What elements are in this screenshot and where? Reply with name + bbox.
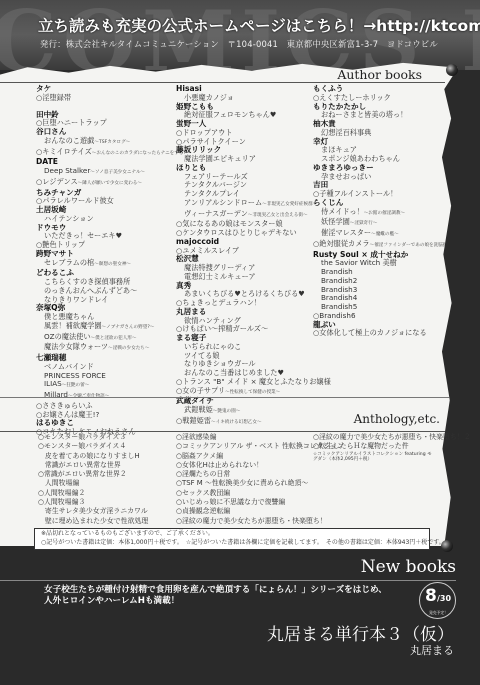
anthology-item: ○転生したらＨな魔物だった件 [313,442,471,451]
anthology-item: ○セックス教団編 [176,489,344,498]
book-title-text: 欲情ハンティング [184,316,241,325]
book-title-text: 催淫マレスター [321,228,371,237]
anthology-item: ○貞操観念逆転編 [176,507,344,516]
book-title-text: 僕と悪魔ちゃん [44,312,94,321]
new-book-author: 丸居まる [410,642,454,658]
anthology-item: ○淫紋の魔力で美少女たちが悪堕ち・快楽堕ち！２ [313,433,471,442]
book-title: ○女体化して極上のカノジョになる [313,329,457,338]
book-title-text: the Savior Witch 美樹 [321,258,397,267]
book-subtitle: 〜艶鬼の園〜 [213,409,241,414]
book-title-text: のっきんおんへぶんずどあ〜 [44,286,137,295]
anthology-rule [0,431,446,432]
book-title-text: いただきっ！セーエキ♥ [44,231,122,240]
book-title-text: ILIAS [44,379,62,388]
book-title-text: ○絶対服従カメラ [313,239,370,248]
book-title-text: 魔法学園エピキュリア [184,154,256,163]
book-title-text: テンタクルバージン [184,180,247,189]
book-subtitle: 〜ソノ息子美少女ニナル〜 [90,170,145,175]
book-title-text: ○女の子サプリ [176,386,225,395]
anthology-item: 常識がエロい異常な世界 [38,461,148,470]
book-title: ○キミイロテイズ〜おんなのこのカラダになったらナニをする?〜 [36,148,190,159]
anthology-column-1: ○モンスター娘パラダイス３○モンスター娘パラダイス４ 皮を着てあの娘になりすまし… [38,433,148,526]
book-subtitle: 〜瞑想の聖女神〜 [94,262,131,267]
release-month: 8 [425,586,437,606]
book-title-text: ベノムバインド [44,362,94,371]
anthology-heading: Anthology,etc. [354,412,440,426]
book-title-text: PRINCESS FORCE [44,371,106,380]
book-title-text: 魔法少女隊ウォーツ [44,342,108,351]
book-title-text: セレブラムの棺 [44,258,94,267]
book-title-text: 妖怪学園 [321,217,350,226]
book-title-text: おんなのこ当番はじめました♥ [184,368,284,377]
anthology-item: 人間牧場編 [38,479,148,488]
book-title-text: ツイてる娘 [184,351,220,360]
book-title-text: ○気になるあの娘はモンスター娘 [176,219,283,228]
release-label: 発売予定！ [425,610,452,616]
anthology-item: ○モンスター娘パラダイス４ [38,442,148,451]
book-title-text: ○艶色トリップ [36,240,85,249]
anthology-column-3: ○淫紋の魔力で美少女たちが悪堕ち・快楽堕ち！２○転生したらＨな魔物だった件☆コミ… [313,433,471,462]
book-title-text: Brandish4 [321,293,357,302]
price-notice: ※品切れとなっているものもございますので、ご了承ください。 ○記号がついた書籍は… [34,528,430,550]
book-title: ○絶対服従カメラ〜催淫ファインダーであの娘を洗脳撮影〜 [313,240,457,251]
book-title-text: スポンジ娘あわわちゃん [321,154,400,163]
book-subtitle: 〜狂艶の蕾〜 [62,383,90,388]
book-subtitle: 〜淫獄奇行〜 [350,221,378,226]
author-books-rule [0,82,445,83]
book-title-text: おねーさまと皆美の塔っ！ [321,110,407,119]
anthology-item: ○TSF M 〜性転換美少女に責められ絶頂〜 [176,479,344,488]
book-title-text: ハイテンション [44,214,94,223]
book-title-text: まほキュア [321,145,357,154]
book-title-text: こちらくすのき探偵事務所 [44,277,130,286]
release-day: /30 [437,594,451,603]
book-title: 孕ませおっぱい [313,173,457,182]
book-subtitle: 〜淫戦の少女たち〜 [108,346,149,351]
book-title-text: 小悪魔カノジョ [184,93,234,102]
anthology-item: 寄生サレタ美少女ガ淫ラニカワル [38,507,148,516]
release-date-badge: 8 /30 発売予定！ [419,582,456,619]
notice-price: ○記号がついた書籍は定価：本体1,000円＋税です。 ☆記号がついた書籍は各欄に… [41,539,423,548]
book-title-text: ○パラレルワールド彼女 [36,196,114,205]
book-title: 電想幻士ミルキューア [176,273,331,282]
book-title-text: アンリアルシンドローム [184,198,262,207]
anthology-item: ○人間牧場編３ [38,498,148,507]
book-title-text: Brandish5 [321,302,357,311]
book-title-text: 幻想淫百科事典 [321,128,371,137]
book-subtitle: 〜お館の催淫調教〜 [364,211,405,216]
book-title-text: ○レジデンス [36,177,78,186]
book-subtitle: 〜非現実乙女愛好症候群〜 [262,202,317,207]
book-title-text: ○キミイロテイズ [36,147,92,156]
book-title-text: Deep Stalker [44,166,90,175]
book-title-text: ヴィーナスガーデン [184,209,248,218]
book-title-text: 魔法特捜グリーディア [184,263,255,272]
anthology-item: ○モンスター娘パラダイス３ [38,433,148,442]
book-title-text: おんなのこ遊戯 [44,136,94,145]
notice-stock: ※品切れとなっているものもございますので、ご了承ください。 [41,530,423,539]
book-title-text: ○ささきゅらいふ [36,401,93,410]
book-title-text: Brandish [321,267,353,276]
new-books-description: 女子校生たちが種付け射精で食用卵を産んで絶頂する「にょらん！」シリーズをはじめ、… [44,585,387,607]
book-title-text: ○トランス "B" メイド × 魔女とふたなりお嬢様 [176,377,331,386]
book-subtitle: 〜催淫ファインダーであの娘を洗脳撮影〜 [370,243,457,248]
book-title: ○戦鎧姫雷〜イキ続ける幻想乙女〜 [176,417,331,428]
publisher-info: 発行：株式会社キルタイムコミュニケーション 〒104-0041 東京都中央区新富… [40,38,438,50]
book-title-text: ○子種フルインストール！ [313,189,397,198]
author-column-1: タケ○淫堕録帯田中鈴○巨堕ハニートラップ谷口さんおんなのこ遊戯〜TSFカタログ〜… [36,85,190,437]
book-subtitle: 〜非現実乙女と出会える街〜 [248,213,308,218]
book-subtitle: 〜TSFカタログ〜 [94,140,130,145]
book-title-text: ○ケンタウロスはひとりじゃデキない [176,228,297,237]
book-title-text: ○ちょきっとデュラハン！ [176,298,261,307]
book-title-text: Brandish3 [321,285,357,294]
author-column-2: Hisasi小悪魔カノジョ姫野こもも絶対征服フェロモンちゃん♥蛍野一人○ドロップ… [176,85,331,428]
book-title-text: ○戦鎧姫雷 [176,416,211,425]
book-title: ○ユメミルスレイブ [176,247,331,256]
illustration-collection-item: ☆コミックアンリアルイラストコレクション featuring モグダン（本体2,… [313,452,433,463]
homepage-link[interactable]: 立ち読みも充実の公式ホームページはこちら！→http://ktcom.jp/ [38,14,480,36]
pin-decoration-icon [441,540,453,552]
book-title-text: ○ドロップアウト [176,128,232,137]
book-title-text: 孕ませおっぱい [321,172,371,181]
book-title-text: ○巨堕ハニートラップ [36,118,107,127]
author-column-3: もくふう○えくすたしーホリックもりたかたかしおねーさまと皆美の塔っ！柚木貴幻想淫… [313,85,457,338]
book-title-text: ○Brandish6 [313,311,356,320]
header-banner: COMICS LINEUP 立ち読みも充実の公式ホームページはこちら！→http… [0,0,480,70]
section-divider [0,397,450,398]
anthology-item: 壁に埋め込まれた少女で性欲処理 [38,517,148,526]
book-title-text: 絶対征服フェロモンちゃん♥ [184,110,276,119]
book-title-text: いぢられにゃのこ [184,342,241,351]
book-title-text: ○淫堕録帯 [36,93,71,102]
spacer [36,103,190,111]
book-title-text: 電想幻士ミルキューア [184,272,256,281]
book-subtitle: 〜魔蠍の檻〜 [371,232,399,237]
book-subtitle: 〜隣人が願いで少女に変わる〜 [78,181,142,186]
book-title-text: ○えくすたしーホリック [313,93,391,102]
book-title-text: 武鎧戦姫 [184,405,213,414]
book-title: ○淫堕録帯 [36,94,190,103]
book-title-text: ○女体化して極上のカノジョになる [313,328,427,337]
pin-decoration-icon [446,64,458,76]
book-title-text: フェアリーテールズ [184,172,248,181]
anthology-item: ○いじめっ娘に不思議な力で復讐編 [176,498,344,507]
book-subtitle: 〜性転換して保健の授業〜 [225,390,280,395]
book-title: ○レジデンス〜隣人が願いで少女に変わる〜 [36,178,190,189]
book-subtitle: 〜イキ続ける幻想乙女〜 [211,420,262,425]
book-title-text: 風雲！補欲魔学園 [44,321,102,330]
book-title-text: Brandish2 [321,276,357,285]
book-title-text: あまいくちびる♥とろけるくちびる♥ [184,289,305,298]
anthology-item: ○人間牧場編２ [38,489,148,498]
anthology-item: ○淫紋の魔力で美少女たちが悪堕ち・快楽堕ち！ [176,517,344,526]
book-title: 幻想淫百科事典 [313,129,457,138]
book-title-text: 侍メイドっ！ [321,207,364,216]
book-subtitle: 〜ノブナガさんの野望?〜 [102,325,155,330]
book-title-text: OZの魔法使い [44,332,91,341]
new-books-rule [0,580,456,581]
new-books-heading: New books [361,557,456,577]
anthology-item: 皮を着てあの娘になりすましH [38,452,148,461]
book-title-text: ○けもぱい〜搾精ガールズ〜 [176,324,268,333]
book-title-text: なりゆきショウガール [184,359,256,368]
book-title-text: テンタクルプレイ [184,189,240,198]
book-subtitle: 〜僕と淫欲の犯人形〜 [91,336,137,341]
